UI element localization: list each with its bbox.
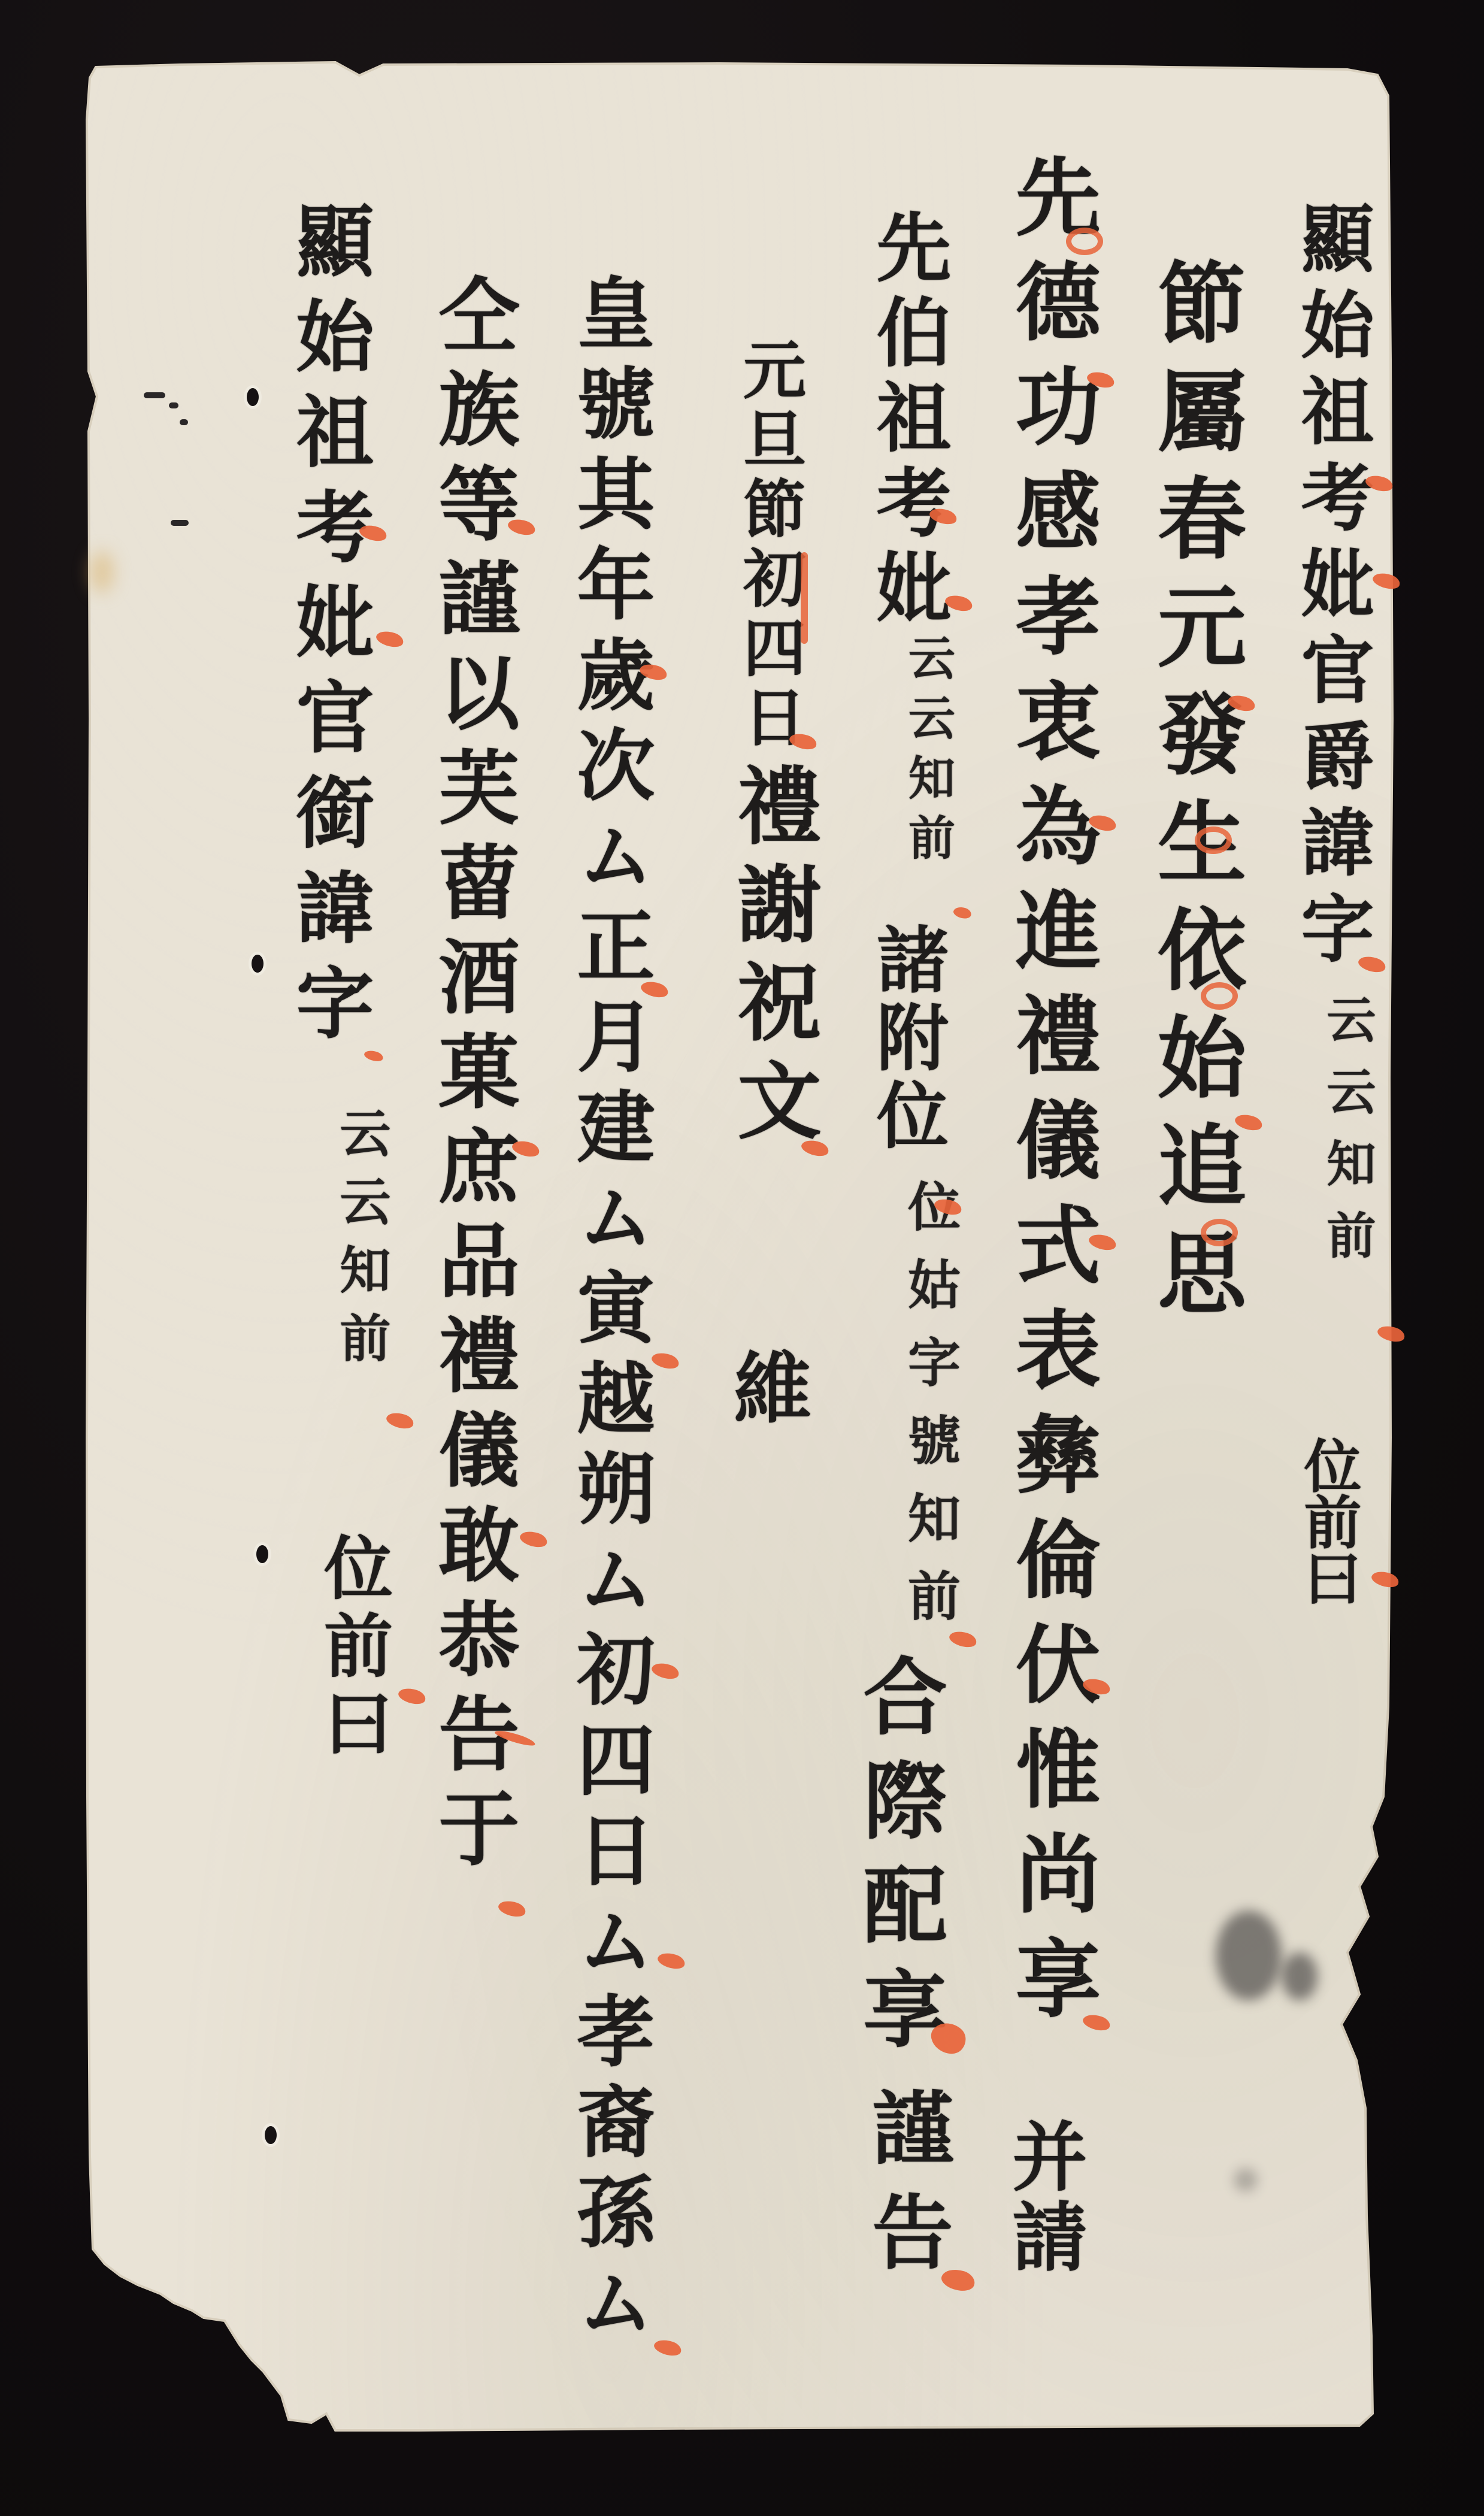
column-1-invocation-text: 顯始祖考妣官爵諱字 [1295, 201, 1368, 977]
column-4-closing-text: 謹告 [866, 2086, 947, 2294]
column-4-annotation: 云云知前 [904, 634, 951, 873]
column-1-closing-text: 位前曰 [1300, 1436, 1357, 1605]
column-8-closing-text: 位前曰 [318, 1532, 387, 1766]
paper-hole [247, 388, 259, 406]
column-8-annotation: 云云知前 [335, 1107, 386, 1380]
scan-background: 顯始祖考妣官爵諱字 云云知前 位前曰 節屬春元發生依始追思 先德功感孝衷為進禮儀… [0, 0, 1484, 2516]
ink-smudge [1234, 2168, 1258, 2192]
column-4-text: 先伯祖考妣 [870, 208, 944, 634]
column-8-invocation-text: 顯始祖考妣官銜諱字 [290, 201, 368, 1058]
ink-smudge [1216, 1911, 1282, 2000]
column-5-opening-word: 維 [728, 1348, 805, 1425]
column-2-text: 節屬春元發生依始追思 [1151, 257, 1240, 1335]
document-title-date: 元旦節初四日 [738, 337, 801, 754]
paper-hole [256, 1545, 268, 1563]
ink-mark [144, 392, 165, 398]
paper-hole [265, 2126, 277, 2144]
column-4-text-lower: 合際配享 [856, 1653, 940, 2070]
column-4-text-middle: 諸附位 [871, 922, 943, 1156]
column-7-text: 仝族等謹以芙蒥酒菓庶品禮儀敢恭告于 [432, 273, 513, 1881]
column-4-annotation-2: 位姑字號知前 [904, 1179, 957, 1646]
vermilion-circle-mark [1201, 982, 1238, 1010]
paper-hole [252, 955, 264, 973]
ink-mark [171, 520, 189, 526]
vermilion-circle-mark [1201, 1219, 1238, 1246]
vermilion-circle-mark [1066, 228, 1103, 255]
ink-mark [180, 419, 188, 425]
vermilion-bracket-mark [801, 552, 808, 644]
column-3-trailing-text: 并請 [1006, 2118, 1080, 2278]
column-3-text: 先德功感孝衷為進禮儀式表彝倫伏惟尚享 [1008, 153, 1094, 2039]
column-6-date-text: 皇號其年歲次ム正月建ム寅越朔ム初四日ム孝裔孫ム [571, 273, 649, 2352]
ink-smudge [1282, 1952, 1318, 2000]
vermilion-circle-mark [1195, 826, 1232, 854]
document-title: 禮謝祝文 [731, 762, 814, 1155]
ink-mark [169, 402, 178, 408]
column-1-annotation: 云云知前 [1323, 994, 1372, 1282]
paper-stain [90, 551, 114, 593]
